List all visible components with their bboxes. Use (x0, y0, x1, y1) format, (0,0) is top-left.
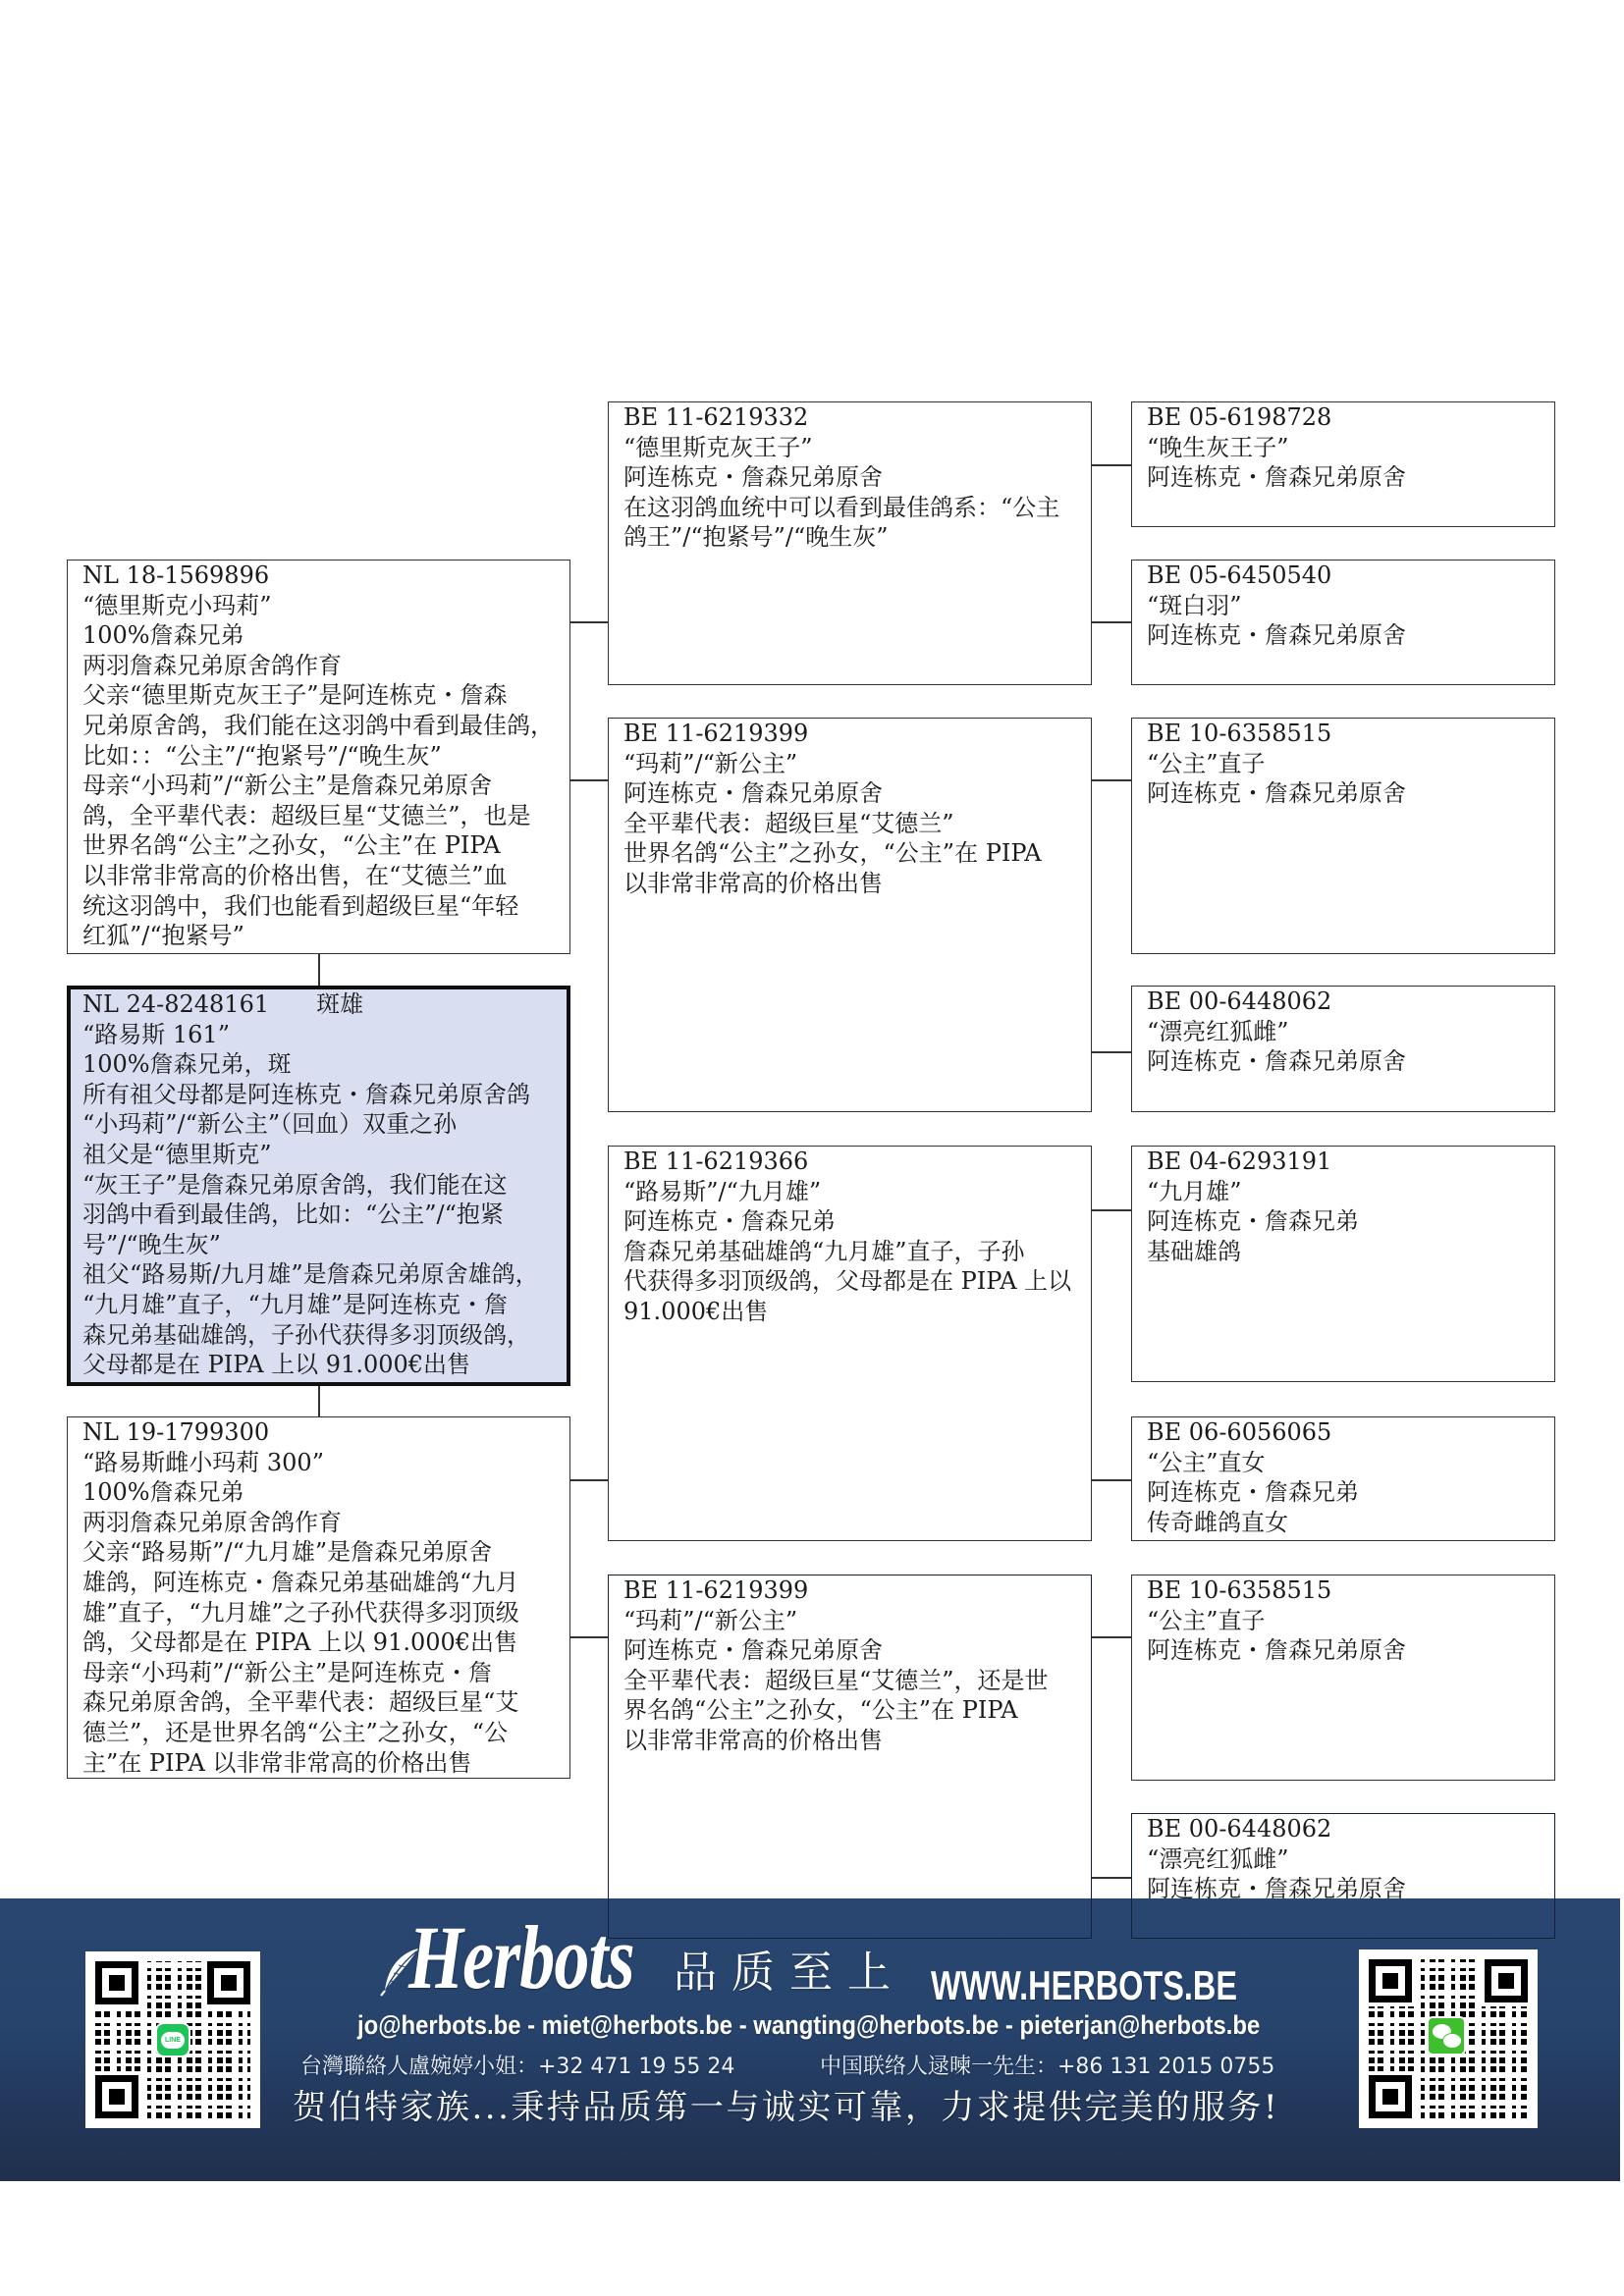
contact-china: 中国联络人逯暕一先生：+86 131 2015 0755 (820, 2056, 1274, 2078)
connector-line (570, 621, 608, 623)
description-line: 阿连栋克・詹森兄弟原舍 (623, 778, 1091, 809)
description-line: 所有祖父母都是阿连栋克・詹森兄弟原舍鸽 (82, 1080, 567, 1110)
description-line: 詹森兄弟基础雄鸽“九月雄”直子，子孙 (623, 1237, 1091, 1267)
description-line: 在这羽鸽血统中可以看到最佳鸽系：“公主 (623, 493, 1091, 523)
connector-line (1092, 1051, 1131, 1053)
pigeon-name: “玛莉”/“新公主” (623, 749, 1091, 779)
description-line: 羽鸽中看到最佳鸽，比如：“公主”/“抱紧 (82, 1200, 567, 1230)
line-qr-code: LINE (85, 1951, 260, 2128)
description-line: 祖父是“德里斯克” (82, 1140, 567, 1170)
pigeon-name: “德里斯克灰王子” (623, 433, 1091, 463)
pigeon-name: “斑白羽” (1147, 591, 1554, 621)
pigeon-name: “晚生灰王子” (1147, 433, 1554, 463)
pedigree-card-ggp-6: BE 06-6056065 “公主”直女 阿连栋克・詹森兄弟 传奇雌鸽直女 (1131, 1416, 1555, 1541)
website-url: WWW.HERBOTS.BE (931, 1965, 1237, 2006)
description-line: 全平辈代表：超级巨星“艾德兰” (623, 809, 1091, 839)
qr-finder-pattern (95, 2075, 138, 2118)
description-line: 森兄弟基础雄鸽，子孙代获得多羽顶级鸽， (82, 1320, 567, 1351)
description-line: 比如：：“公主”/“抱紧号”/“晚生灰” (82, 741, 569, 772)
qr-finder-pattern (1485, 1959, 1528, 2002)
description-line: 红狐”/“抱紧号” (82, 921, 569, 951)
wechat-icon (1427, 2016, 1466, 2056)
pigeon-name: “公主”直子 (1147, 749, 1554, 779)
qr-finder-pattern (95, 1961, 138, 2004)
pedigree-card-subject: NL 24-8248161斑雄 “路易斯 161” 100%詹森兄弟，斑 所有祖… (67, 986, 570, 1386)
description-line: 鸽，父母都是在 PIPA 上以 91.000€出售 (82, 1628, 569, 1658)
connector-line (1092, 464, 1131, 466)
pedigree-card-dam: NL 19-1799300 “路易斯雌小玛莉 300” 100%詹森兄弟 两羽詹… (67, 1416, 570, 1779)
ring-number: BE 11-6219332 (623, 402, 1091, 433)
ring-number: NL 24-8248161 (82, 990, 269, 1018)
connector-line (570, 779, 608, 781)
contact-taiwan: 台灣聯絡人盧婉婷小姐：+32 471 19 55 24 (300, 2056, 734, 2078)
description-line: 父亲“德里斯克灰王子”是阿连栋克・詹森 (82, 680, 569, 711)
connector-line (318, 1386, 320, 1416)
connector-line (1092, 621, 1131, 623)
description-line: 基础雄鸽 (1147, 1237, 1554, 1267)
description-line: 德兰”，还是世界名鸽“公主”之孙女，“公 (82, 1718, 569, 1748)
card-outline-overlay (1131, 1813, 1555, 1939)
description-line: 阿连栋克・詹森兄弟 (1147, 1206, 1554, 1237)
description-line: 两羽詹森兄弟原舍鸽作育 (82, 1508, 569, 1538)
description-line: 以非常非常高的价格出售，在“艾德兰”血 (82, 861, 569, 891)
pigeon-name: “路易斯 161” (82, 1020, 567, 1050)
pedigree-document: NL 18-1569896 “德里斯克小玛莉” 100%詹森兄弟 两羽詹森兄弟原… (0, 0, 1624, 2296)
ring-number: NL 19-1799300 (82, 1417, 569, 1448)
pedigree-card-ggp-7: BE 10-6358515 “公主”直子 阿连栋克・詹森兄弟原舍 (1131, 1575, 1555, 1781)
description-line: 世界名鸽“公主”之孙女，“公主”在 PIPA (623, 838, 1091, 869)
description-line: 以非常非常高的价格出售 (623, 869, 1091, 899)
description-line: 雄鸽，阿连栋克・詹森兄弟基础雄鸽“九月 (82, 1568, 569, 1598)
description-line: 世界名鸽“公主”之孙女，“公主”在 PIPA (82, 830, 569, 861)
brand-tagline: 品质至上 (674, 1951, 905, 1995)
description-line: 兄弟原舍鸽，我们能在这羽鸽中看到最佳鸽， (82, 711, 569, 741)
description-line: 祖父“路易斯/九月雄”是詹森兄弟原舍雄鸽， (82, 1259, 567, 1290)
description-line: 阿连栋克・詹森兄弟原舍 (1147, 778, 1554, 809)
pedigree-card-sire: NL 18-1569896 “德里斯克小玛莉” 100%詹森兄弟 两羽詹森兄弟原… (67, 560, 570, 954)
sex-color-label: 斑雄 (316, 990, 363, 1018)
pigeon-name: “漂亮红狐雌” (1147, 1017, 1554, 1047)
ring-number: BE 04-6293191 (1147, 1147, 1554, 1177)
description-line: 91.000€出售 (623, 1297, 1091, 1327)
description-line: 母亲“小玛莉”/“新公主”是阿连栋克・詹 (82, 1658, 569, 1688)
pedigree-card-sire-sire: BE 11-6219332 “德里斯克灰王子” 阿连栋克・詹森兄弟原舍 在这羽鸽… (608, 401, 1092, 685)
description-line: 阿连栋克・詹森兄弟 (623, 1206, 1091, 1237)
pigeon-name: “德里斯克小玛莉” (82, 591, 569, 621)
card-outline-overlay (608, 1575, 1092, 1939)
description-line: 100%詹森兄弟 (82, 1477, 569, 1508)
description-line: 代获得多羽顶级鸽，父母都是在 PIPA 上以 (623, 1266, 1091, 1297)
pedigree-card-ggp-3: BE 10-6358515 “公主”直子 阿连栋克・詹森兄弟原舍 (1131, 718, 1555, 954)
connector-line (318, 954, 320, 986)
description-line: 阿连栋克・詹森兄弟原舍 (1147, 1046, 1554, 1077)
qr-finder-pattern (1369, 1959, 1412, 2002)
description-line: 统这羽鸽中，我们也能看到超级巨星“年轻 (82, 891, 569, 922)
description-line: 鸽王”/“抱紧号”/“晚生灰” (623, 522, 1091, 553)
connector-line (1092, 1479, 1131, 1481)
description-line: 两羽詹森兄弟原舍鸽作育 (82, 651, 569, 681)
description-line: 母亲“小玛莉”/“新公主”是詹森兄弟原舍 (82, 771, 569, 801)
pigeon-name: “公主”直子 (1147, 1606, 1554, 1636)
pedigree-card-ggp-5: BE 04-6293191 “九月雄” 阿连栋克・詹森兄弟 基础雄鸽 (1131, 1146, 1555, 1382)
wechat-qr-code (1359, 1949, 1538, 2128)
description-line: 阿连栋克・詹森兄弟 (1147, 1477, 1554, 1508)
description-line: 主”在 PIPA 以非常非常高的价格出售 (82, 1748, 569, 1779)
contact-emails: jo@herbots.be - miet@herbots.be - wangti… (357, 2012, 1260, 2039)
connector-line (570, 1479, 608, 1481)
ring-number: BE 06-6056065 (1147, 1417, 1554, 1448)
connector-line (570, 1636, 608, 1638)
connector-line (1092, 1877, 1131, 1879)
wechat-bubble-shape (1442, 2033, 1462, 2049)
line-icon-label: LINE (161, 2032, 185, 2049)
ring-number: BE 10-6358515 (1147, 1575, 1554, 1606)
description-line: 传奇雌鸽直女 (1147, 1508, 1554, 1538)
qr-finder-pattern (1369, 2075, 1412, 2118)
ring-number: BE 00-6448062 (1147, 987, 1554, 1017)
description-line: “小玛莉”/“新公主”（回血）双重之孙 (82, 1109, 567, 1140)
description-line: 阿连栋克・詹森兄弟原舍 (623, 462, 1091, 493)
ring-number: BE 11-6219399 (623, 719, 1091, 749)
description-line: 号”/“晚生灰” (82, 1230, 567, 1260)
pedigree-card-ggp-1: BE 05-6198728 “晚生灰王子” 阿连栋克・詹森兄弟原舍 (1131, 401, 1555, 527)
ring-number: BE 05-6450540 (1147, 561, 1554, 591)
connector-line (1092, 779, 1131, 781)
pedigree-card-ggp-2: BE 05-6450540 “斑白羽” 阿连栋克・詹森兄弟原舍 (1131, 560, 1555, 685)
pedigree-card-dam-sire: BE 11-6219366 “路易斯”/“九月雄” 阿连栋克・詹森兄弟 詹森兄弟… (608, 1146, 1092, 1541)
ring-number: BE 10-6358515 (1147, 719, 1554, 749)
ring-number: BE 05-6198728 (1147, 402, 1554, 433)
description-line: 100%詹森兄弟，斑 (82, 1049, 567, 1080)
description-line: 100%詹森兄弟 (82, 620, 569, 651)
description-line: “九月雄”直子，“九月雄”是阿连栋克・詹 (82, 1290, 567, 1320)
description-line: 阿连栋克・詹森兄弟原舍 (1147, 462, 1554, 493)
ring-number: BE 11-6219366 (623, 1147, 1091, 1177)
connector-line (1092, 1636, 1131, 1638)
description-line: 鸽，全平辈代表：超级巨星“艾德兰”，也是 (82, 801, 569, 831)
description-line: 森兄弟原舍鸽，全平辈代表：超级巨星“艾 (82, 1687, 569, 1718)
qr-finder-pattern (207, 1961, 250, 2004)
footer-slogan: 贺伯特家族...秉持品质第一与诚实可靠，力求提供完美的服务! (293, 2091, 1279, 2124)
ring-number-row: NL 24-8248161斑雄 (82, 989, 567, 1020)
description-line: 父母都是在 PIPA 上以 91.000€出售 (82, 1350, 567, 1380)
description-line: “灰王子”是詹森兄弟原舍鸽，我们能在这 (82, 1170, 567, 1201)
connector-line (1092, 1209, 1131, 1211)
description-line: 阿连栋克・詹森兄弟原舍 (1147, 1635, 1554, 1666)
description-line: 雄”直子，“九月雄”之子孙代获得多羽顶级 (82, 1598, 569, 1629)
description-line: 阿连栋克・詹森兄弟原舍 (1147, 620, 1554, 651)
pigeon-name: “九月雄” (1147, 1177, 1554, 1207)
pigeon-name: “路易斯”/“九月雄” (623, 1177, 1091, 1207)
brand-logo: Herbots (408, 1913, 634, 2003)
pedigree-card-ggp-4: BE 00-6448062 “漂亮红狐雌” 阿连栋克・詹森兄弟原舍 (1131, 986, 1555, 1112)
pigeon-name: “路易斯雌小玛莉 300” (82, 1448, 569, 1478)
pedigree-card-sire-dam: BE 11-6219399 “玛莉”/“新公主” 阿连栋克・詹森兄弟原舍 全平辈… (608, 718, 1092, 1112)
pigeon-name: “公主”直女 (1147, 1448, 1554, 1478)
line-icon: LINE (155, 2022, 190, 2057)
ring-number: NL 18-1569896 (82, 561, 569, 591)
description-line: 父亲“路易斯”/“九月雄”是詹森兄弟原舍 (82, 1537, 569, 1568)
